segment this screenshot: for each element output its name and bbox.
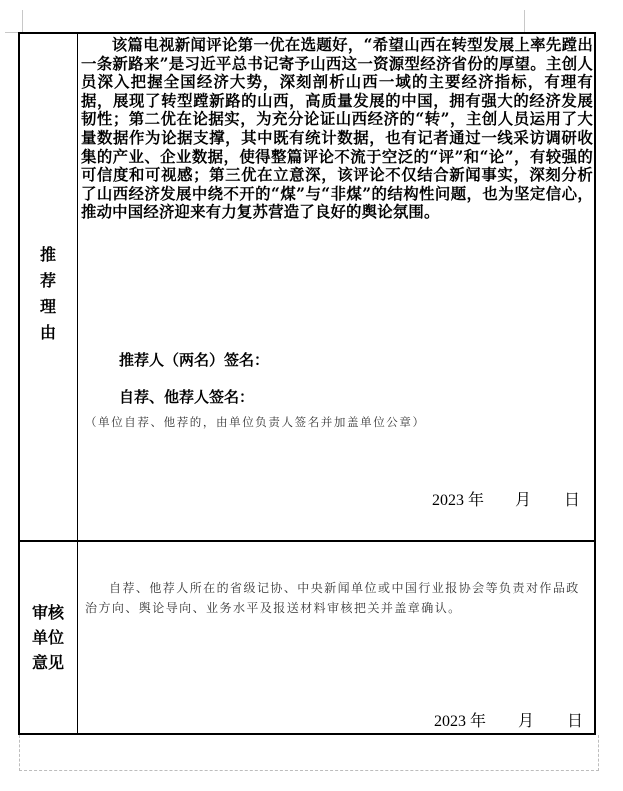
crop-mark-top-right-vertical (524, 10, 525, 32)
label-line: 意见 (20, 650, 76, 675)
self-recommender-signature-label: 自荐、他荐人签名： (119, 386, 254, 407)
signature-note: （单位自荐、他荐的，由单位负责人签名并加盖单位公章） (85, 414, 426, 430)
date-year: 2023 年 (434, 708, 486, 731)
recommender-signature-label: 推荐人（两名）签名： (119, 349, 269, 370)
recommendation-label: 推 荐 理 由 (20, 242, 76, 346)
row-divider (18, 540, 596, 542)
date-month: 月 (518, 708, 534, 731)
label-char: 理 (20, 294, 76, 320)
page-margin-guide (19, 735, 599, 771)
audit-opinion-label: 审核 单位 意见 (20, 600, 76, 675)
date-month: 月 (515, 487, 531, 510)
audit-instruction-text[interactable]: 自荐、他荐人所在的省级记协、中央新闻单位或中国行业报协会等负责对作品政治方向、舆… (85, 578, 593, 618)
date-day: 日 (564, 487, 580, 510)
column-divider (77, 32, 78, 735)
label-line: 审核 (20, 600, 76, 625)
crop-mark-top-left-horizontal (5, 32, 19, 33)
recommendation-reason-text[interactable]: 该篇电视新闻评论第一优在选题好，“希望山西在转型发展上率先蹚出一条新路来”是习近… (81, 36, 593, 222)
date-day: 日 (567, 708, 583, 731)
label-line: 单位 (20, 625, 76, 650)
label-char: 推 (20, 242, 76, 268)
crop-mark-top-left-vertical (22, 10, 23, 32)
label-char: 由 (20, 320, 76, 346)
date-year: 2023 年 (432, 487, 484, 510)
label-char: 荐 (20, 268, 76, 294)
